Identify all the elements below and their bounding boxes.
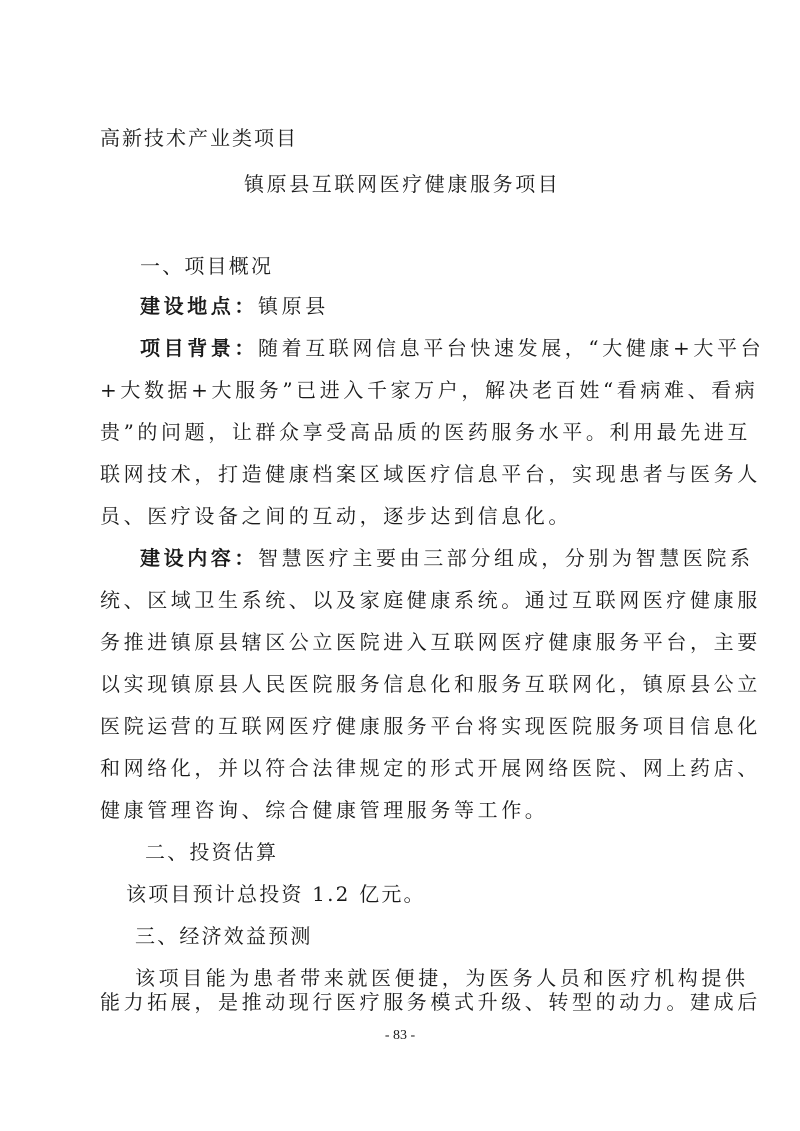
background-line-3: 贵”的问题，让群众享受高品质的医药服务水平。利用最先进互 <box>100 420 751 444</box>
benefit-line-1: 该项目能为患者带来就医便捷，为医务人员和医疗机构提供 <box>135 966 749 990</box>
background-line-4: 联网技术，打造健康档案区域医疗信息平台，实现患者与医务人 <box>100 462 761 486</box>
location-paragraph: 建设地点：镇原县 <box>140 294 329 318</box>
content-line-7: 健康管理咨询、综合健康管理服务等工作。 <box>100 798 548 822</box>
background-line-2: +大数据+大服务”已进入千家万户，解决老百姓“看病难、看病 <box>100 378 758 402</box>
content-line-6: 和网络化，并以符合法律规定的形式开展网络医院、网上药店、 <box>100 756 761 780</box>
background-label: 项目背景： <box>140 336 258 360</box>
investment-text: 该项目预计总投资 1.2 亿元。 <box>126 882 426 906</box>
content-label: 建设内容： <box>140 546 258 570</box>
location-value: 镇原县 <box>258 294 329 318</box>
background-line-1: 项目背景：随着互联网信息平台快速发展，“大健康+大平台 <box>140 336 764 360</box>
content-line-1: 建设内容：智慧医疗主要由三部分组成，分别为智慧医院系 <box>140 546 754 570</box>
content-line-5: 医院运营的互联网医疗健康服务平台将实现医院服务项目信息化 <box>100 714 761 738</box>
content-line-2: 统、区域卫生系统、以及家庭健康系统。通过互联网医疗健康服 <box>100 588 761 612</box>
project-title: 镇原县互联网医疗健康服务项目 <box>244 172 560 196</box>
project-category: 高新技术产业类项目 <box>100 126 298 150</box>
location-label: 建设地点： <box>140 294 258 318</box>
content-line-3: 务推进镇原县辖区公立医院进入互联网医疗健康服务平台，主要 <box>100 630 761 654</box>
section-heading-overview: 一、项目概况 <box>140 254 273 278</box>
benefit-line-2: 能力拓展，是推动现行医疗服务模式升级、转型的动力。建成后 <box>100 990 761 1014</box>
background-line-5: 员、医疗设备之间的互动，逐步达到信息化。 <box>100 504 572 528</box>
section-heading-investment: 二、投资估算 <box>145 840 278 864</box>
section-heading-benefit: 三、经济效益预测 <box>135 924 313 948</box>
content-line-4: 以实现镇原县人民医院服务信息化和服务互联网化，镇原县公立 <box>100 672 761 696</box>
page-number: - 83 - <box>0 1028 800 1044</box>
